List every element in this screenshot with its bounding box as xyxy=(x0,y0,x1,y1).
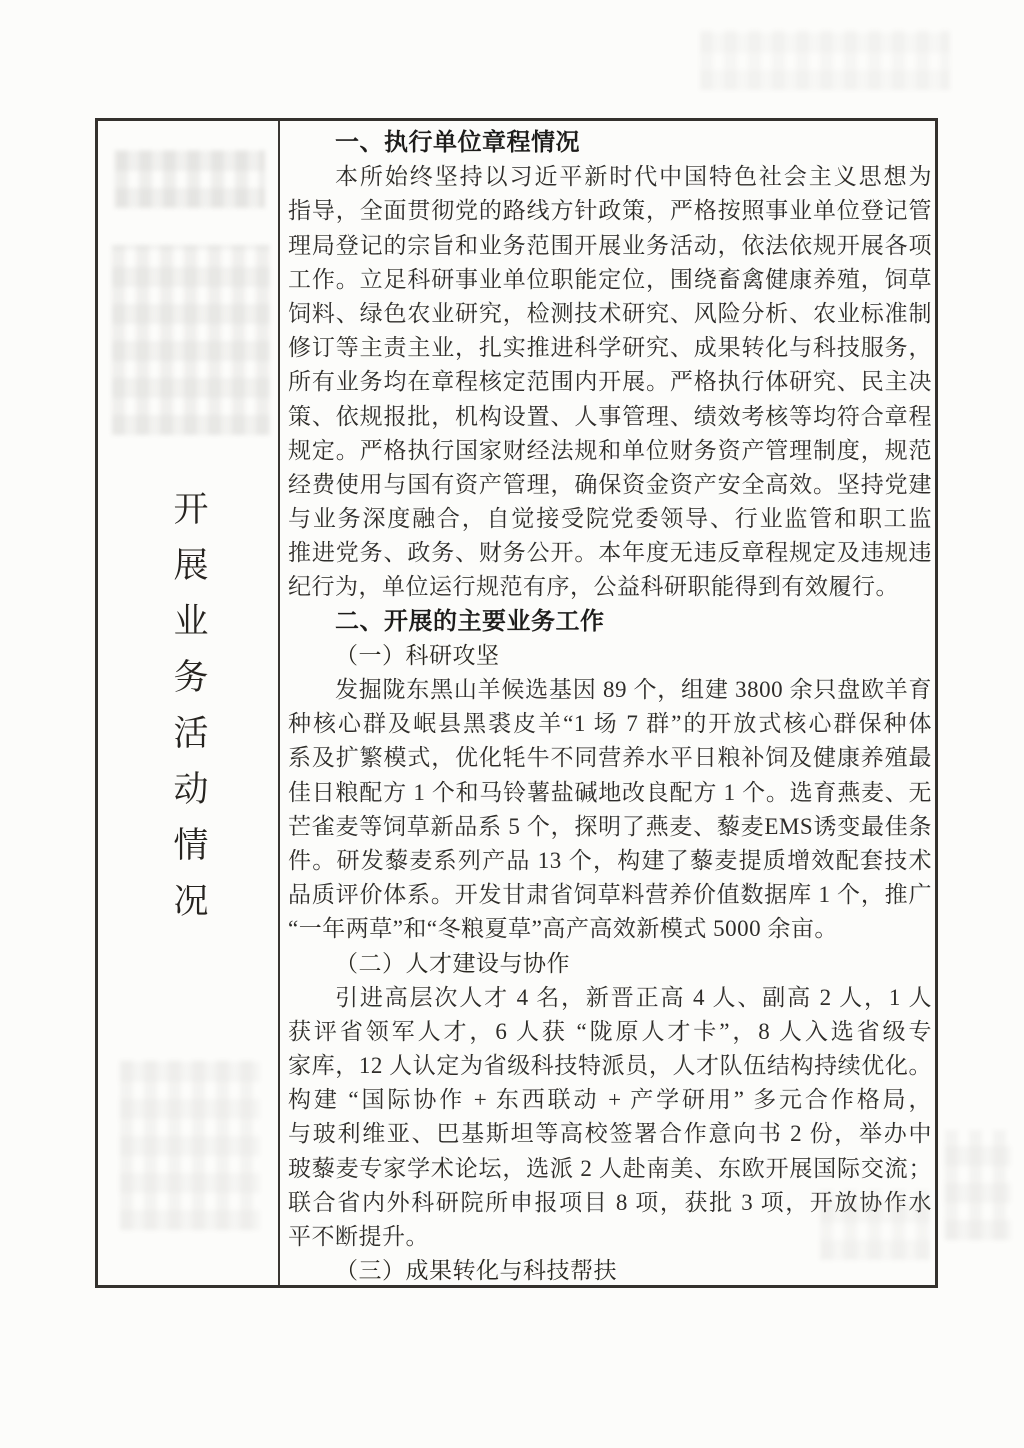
text-line: 系及扩繁模式，优化牦牛不同营养水平日粮补饲及健康养殖最 xyxy=(288,741,932,775)
text-line: 指导，全面贯彻党的路线方针政策，严格按照事业单位登记管 xyxy=(288,194,932,228)
text-line: 家库，12 人认定为省级科技特派员，人才队伍结构持续优化。 xyxy=(288,1049,932,1083)
text-line: 修订等主责主业，扎实推进科学研究、成果转化与科技服务， xyxy=(288,331,932,365)
business-activities-text: 一、执行单位章程情况本所始终坚持以习近平新时代中国特色社会主义思想为指导，全面贯… xyxy=(288,126,932,1285)
text-line: （三）成果转化与科技帮扶 xyxy=(288,1254,932,1285)
text-line: 引进高层次人才 4 名，新晋正高 4 人、副高 2 人，1 人 xyxy=(288,981,932,1015)
text-line: 工作。立足科研事业单位职能定位，围绕畜禽健康养殖，饲草 xyxy=(288,263,932,297)
scanned-annual-report-page: 开展业务活动情况 一、执行单位章程情况本所始终坚持以习近平新时代中国特色社会主义… xyxy=(0,0,1024,1448)
text-line: 发掘陇东黑山羊候选基因 89 个，组建 3800 余只盘欧羊育 xyxy=(288,673,932,707)
text-line: 联合省内外科研院所申报项目 8 项，获批 3 项，开放协作水 xyxy=(288,1186,932,1220)
row-header-cell: 开展业务活动情况 xyxy=(98,121,280,1285)
text-line: 种核心群及岷县黑裘皮羊“1 场 7 群”的开放式核心群保种体 xyxy=(288,707,932,741)
text-line: 与业务深度融合，自觉接受院党委领导、行业监管和职工监督， xyxy=(288,502,932,536)
business-activities-content-cell: 一、执行单位章程情况本所始终坚持以习近平新时代中国特色社会主义思想为指导，全面贯… xyxy=(280,121,935,1285)
text-line: 所有业务均在章程核定范围内开展。严格执行体研究、民主决 xyxy=(288,365,932,399)
text-line: 与玻利维亚、巴基斯坦等高校签署合作意向书 2 份，举办中 xyxy=(288,1117,932,1151)
text-line: （一）科研攻坚 xyxy=(288,639,932,673)
text-line: 饲料、绿色农业研究，检测技术研究、风险分析、农业标准制 xyxy=(288,297,932,331)
business-activities-table-row: 开展业务活动情况 一、执行单位章程情况本所始终坚持以习近平新时代中国特色社会主义… xyxy=(95,118,938,1288)
text-line: 玻藜麦专家学术论坛，选派 2 人赴南美、东欧开展国际交流； xyxy=(288,1152,932,1186)
text-line: 经费使用与国有资产管理，确保资金资产安全高效。坚持党建 xyxy=(288,468,932,502)
text-line: “一年两草”和“冬粮夏草”高产高效新模式 5000 余亩。 xyxy=(288,912,932,946)
bleedthrough-smudge xyxy=(700,30,950,90)
text-line: （二）人才建设与协作 xyxy=(288,947,932,981)
text-line: 理局登记的宗旨和业务范围开展业务活动，依法依规开展各项 xyxy=(288,229,932,263)
text-line: 平不断提升。 xyxy=(288,1220,932,1254)
text-line: 芒雀麦等饲草新品系 5 个，探明了燕麦、藜麦EMS诱变最佳条 xyxy=(288,810,932,844)
row-header-label: 开展业务活动情况 xyxy=(163,490,213,938)
text-line: 推进党务、政务、财务公开。本年度无违反章程规定及违规违 xyxy=(288,536,932,570)
text-line: 品质评价体系。开发甘肃省饲草料营养价值数据库 1 个，推广 xyxy=(288,878,932,912)
text-line: 获评省领军人才，6 人获 “陇原人才卡”，8 人入选省级专 xyxy=(288,1015,932,1049)
text-line: 二、开展的主要业务工作 xyxy=(288,605,932,639)
text-line: 构建 “国际协作 + 东西联动 + 产学研用” 多元合作格局， xyxy=(288,1083,932,1117)
text-line: 佳日粮配方 1 个和马铃薯盐碱地改良配方 1 个。选育燕麦、无 xyxy=(288,776,932,810)
text-line: 纪行为，单位运行规范有序，公益科研职能得到有效履行。 xyxy=(288,570,932,604)
text-line: 本所始终坚持以习近平新时代中国特色社会主义思想为 xyxy=(288,160,932,194)
text-line: 件。研发藜麦系列产品 13 个，构建了藜麦提质增效配套技术 xyxy=(288,844,932,878)
text-line: 策、依规报批，机构设置、人事管理、绩效考核等均符合章程 xyxy=(288,400,932,434)
text-line: 一、执行单位章程情况 xyxy=(288,126,932,160)
text-line: 规定。严格执行国家财经法规和单位财务资产管理制度，规范 xyxy=(288,434,932,468)
bleedthrough-smudge xyxy=(945,1130,1011,1240)
